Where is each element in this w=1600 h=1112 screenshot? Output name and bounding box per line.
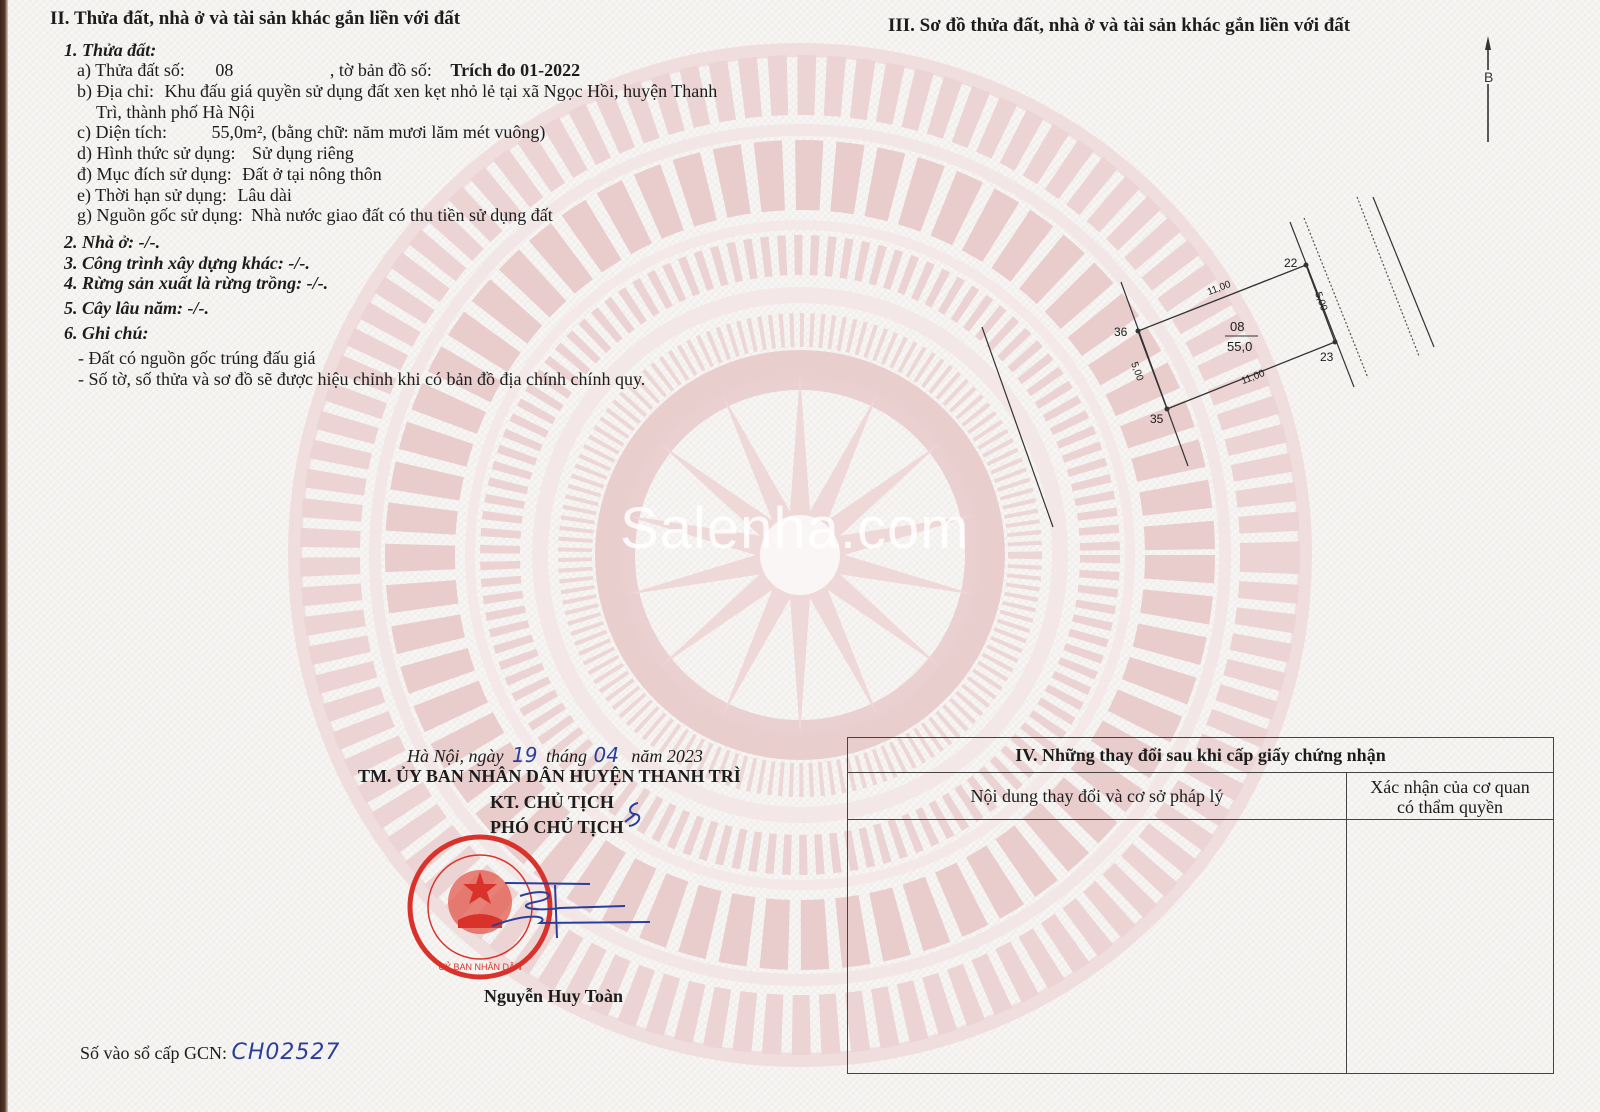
column-header-line1: Xác nhận của cơ quan — [1347, 777, 1553, 797]
column-header-change-content: Nội dung thay đổi và cơ sở pháp lý — [848, 773, 1346, 820]
point-label-36: 36 — [1114, 325, 1127, 339]
signer-role-1: KT. CHỦ TỊCH — [490, 792, 614, 813]
point-label-35: 35 — [1150, 412, 1163, 426]
column-header-line2: có thẩm quyền — [1347, 797, 1553, 817]
parcel-area-label: 55,0 — [1227, 339, 1252, 354]
north-label: B — [1484, 70, 1493, 84]
north-arrow-icon — [1485, 36, 1491, 142]
signer-name: Nguyễn Huy Toàn — [484, 986, 623, 1007]
registry-number: Số vào sổ cấp GCN: CH02527 — [80, 1040, 340, 1065]
svg-text:UỶ BAN NHÂN DÂN: UỶ BAN NHÂN DÂN — [438, 961, 521, 972]
column-header-authority-confirmation: Xác nhận của cơ quan có thẩm quyền — [1347, 777, 1553, 817]
official-seal: UỶ BAN NHÂN DÂN — [400, 820, 660, 990]
date-month-label: tháng — [546, 746, 587, 766]
changes-table: IV. Những thay đổi sau khi cấp giấy chứn… — [847, 737, 1554, 1074]
initial-mark — [623, 800, 645, 830]
registry-value: CH02527 — [232, 1040, 341, 1065]
point-label-23: 23 — [1320, 350, 1333, 364]
date-prefix: Hà Nội, ngày — [407, 746, 504, 766]
section-4-title: IV. Những thay đổi sau khi cấp giấy chứn… — [848, 738, 1553, 773]
signature-mark — [492, 883, 650, 938]
date-month: 04 — [593, 743, 618, 767]
registry-label: Số vào sổ cấp GCN: — [80, 1043, 227, 1063]
date-year: năm 2023 — [631, 746, 703, 766]
column-divider — [1346, 773, 1347, 1073]
changes-table-header: Nội dung thay đổi và cơ sở pháp lý Xác n… — [848, 773, 1553, 820]
date-day: 19 — [512, 743, 537, 767]
issuing-organization: TM. ỦY BAN NHÂN DÂN HUYỆN THANH TRÌ — [358, 766, 741, 787]
parcel-number-label: 08 — [1230, 319, 1244, 334]
issue-date: Hà Nội, ngày 19 tháng 04 năm 2023 — [407, 743, 703, 767]
point-label-22: 22 — [1284, 256, 1297, 270]
